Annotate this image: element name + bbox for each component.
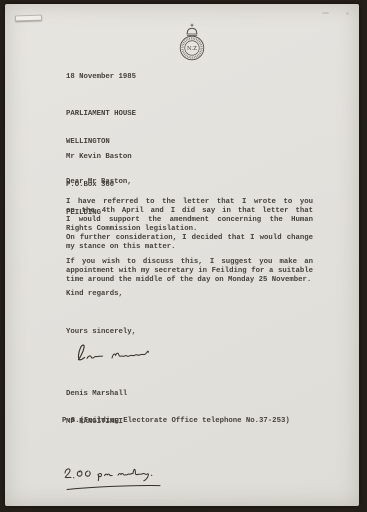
sender-line-1: PARLIAMENT HOUSE — [66, 110, 136, 119]
signature-handwriting — [71, 340, 167, 367]
salutation: Dear Mr Baston, — [66, 178, 132, 187]
handwritten-note — [58, 460, 176, 494]
body-line: time around the middle of the day on Mon… — [66, 276, 313, 285]
date-line: 18 November 1985 — [66, 73, 136, 82]
body-line: appointment with my secretary in Feildin… — [66, 267, 313, 276]
body-line: on the 4th April and I did say in that l… — [66, 207, 313, 216]
signer-block: Denis Marshall MP RANGITIKEI — [66, 372, 127, 446]
parliament-crest-icon: N.Z — [174, 23, 210, 61]
kind-regards-line: Kind regards, — [66, 290, 123, 299]
note-underline — [67, 486, 160, 490]
staple — [15, 15, 42, 22]
scan-artifact — [346, 12, 349, 15]
scan-artifact — [322, 12, 329, 14]
body-line: my stance on this matter. — [66, 243, 313, 252]
scanned-letter-photo: { "page": { "background_color": "#251f1a… — [0, 0, 367, 512]
recipient-name: Mr Kevin Baston — [66, 153, 132, 162]
body-line: On further consideration, I decided that… — [66, 234, 313, 243]
body-line: I would support the amendment concerning… — [66, 216, 313, 225]
body-line: If you wish to discuss this, I suggest y… — [66, 258, 313, 267]
crest-monogram: N.Z — [187, 46, 197, 52]
body-line: Rights Commission legislation. — [66, 225, 313, 234]
signer-name: Denis Marshall — [66, 390, 127, 399]
body-line: I have referred to the letter that I wro… — [66, 198, 313, 207]
postscript-line: P.S.(Feilding Electorate Office telephon… — [62, 417, 290, 426]
letter-paper: N.Z 18 November 1985 PARLIAMENT HOUSE WE… — [5, 4, 359, 506]
yours-sincerely-line: Yours sincerely, — [66, 328, 136, 337]
